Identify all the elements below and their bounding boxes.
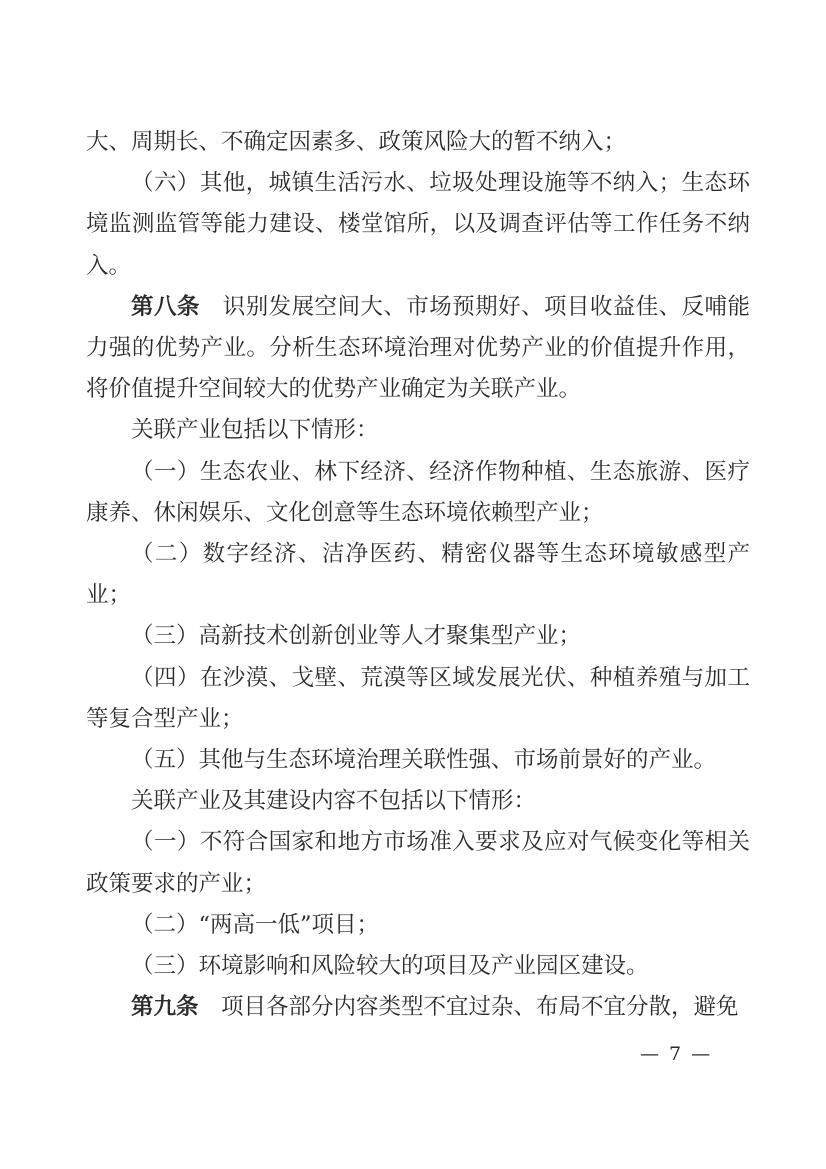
paragraph: （二）数字经济、洁净医药、精密仪器等生态环境敏感型产业； [86,534,750,616]
paragraph: （三）环境影响和风险较大的项目及产业园区建设。 [86,946,750,987]
paragraph: （四）在沙漠、戈壁、荒漠等区域发展光伏、种植养殖与加工等复合型产业； [86,658,750,740]
paragraph-text: 关联产业包括以下情形： [131,417,379,443]
paragraph: （三）高新技术创新创业等人才聚集型产业； [86,616,750,657]
paragraph-text: （二）数字经济、洁净医药、精密仪器等生态环境敏感型产业； [86,541,750,608]
paragraph: （六）其他，城镇生活污水、垃圾处理设施等不纳入；生态环境监测监管等能力建设、楼堂… [86,163,750,287]
document-body: 大、周期长、不确定因素多、政策风险大的暂不纳入；（六）其他，城镇生活污水、垃圾处… [86,122,750,1028]
page-number: — 7 — [640,1043,712,1065]
paragraph-text: （一）生态农业、林下经济、经济作物种植、生态旅游、医疗康养、休闲娱乐、文化创意等… [86,459,750,526]
paragraph: （一）不符合国家和地方市场准入要求及应对气候变化等相关政策要求的产业； [86,822,750,904]
paragraph-text: （二）“两高一低”项目； [131,912,379,938]
paragraph-text: （一）不符合国家和地方市场准入要求及应对气候变化等相关政策要求的产业； [86,829,750,896]
paragraph: （一）生态农业、林下经济、经济作物种植、生态旅游、医疗康养、休闲娱乐、文化创意等… [86,452,750,534]
paragraph-text: 项目各部分内容类型不宜过杂、布局不宜分散，避免 [199,994,739,1020]
paragraph-text: （三）高新技术创新创业等人才聚集型产业； [131,623,581,649]
article-number-bold: 第八条 [131,294,200,320]
paragraph: 关联产业及其建设内容不包括以下情形： [86,781,750,822]
article-number-bold: 第九条 [131,994,199,1020]
paragraph: 关联产业包括以下情形： [86,410,750,451]
paragraph: （二）“两高一低”项目； [86,905,750,946]
document-page: 大、周期长、不确定因素多、政策风险大的暂不纳入；（六）其他，城镇生活污水、垃圾处… [0,0,826,1169]
paragraph: 第九条 项目各部分内容类型不宜过杂、布局不宜分散，避免 [86,987,750,1028]
paragraph-text: （五）其他与生态环境治理关联性强、市场前景好的产业。 [131,747,716,773]
paragraph: 第八条 识别发展空间大、市场预期好、项目收益佳、反哺能力强的优势产业。分析生态环… [86,287,750,411]
paragraph-text: （六）其他，城镇生活污水、垃圾处理设施等不纳入；生态环境监测监管等能力建设、楼堂… [86,170,750,278]
paragraph-text: （三）环境影响和风险较大的项目及产业园区建设。 [131,953,649,979]
paragraph: （五）其他与生态环境治理关联性强、市场前景好的产业。 [86,740,750,781]
paragraph-text: （四）在沙漠、戈壁、荒漠等区域发展光伏、种植养殖与加工等复合型产业； [86,665,750,732]
paragraph-text: 关联产业及其建设内容不包括以下情形： [131,788,536,814]
paragraph-text: 大、周期长、不确定因素多、政策风险大的暂不纳入； [86,129,626,155]
paragraph: 大、周期长、不确定因素多、政策风险大的暂不纳入； [86,122,750,163]
